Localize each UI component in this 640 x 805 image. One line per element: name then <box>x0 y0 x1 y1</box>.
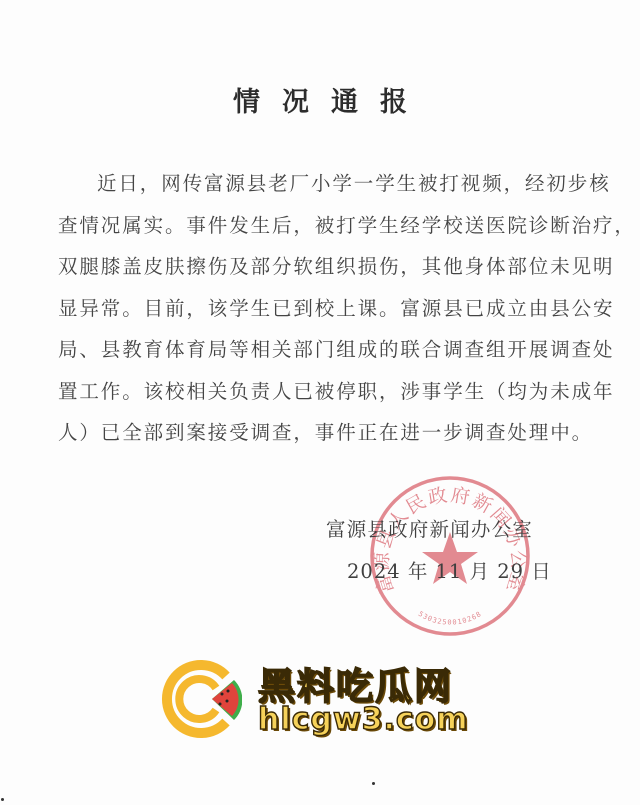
watermark-logo: 黑料吃瓜网 hlcgw3.com <box>160 656 480 746</box>
body-line: 显异常。目前，该学生已到校上课。富源县已成立由县公安 <box>58 288 588 330</box>
watermark-url: hlcgw3.com <box>258 702 469 737</box>
scan-speck <box>372 782 375 785</box>
document-body: 近日，网传富源县老厂小学一学生被打视频，经初步核 查情况属实。事件发生后，被打学… <box>58 163 588 454</box>
issuer-signature: 富源县政府新闻办公室 <box>326 514 533 542</box>
body-line: 双腿膝盖皮肤擦伤及部分软组织损伤，其他身体部位未见明 <box>58 246 588 288</box>
stamp-number: 5303250010268 <box>417 610 483 627</box>
document-title: 情况通报 <box>0 80 640 119</box>
body-line: 近日，网传富源县老厂小学一学生被打视频，经初步核 <box>58 163 588 205</box>
scan-speck <box>1 798 4 801</box>
body-line: 局、县教育体育局等相关部门组成的联合调查组开展调查处 <box>58 329 588 371</box>
document-page: 情况通报 近日，网传富源县老厂小学一学生被打视频，经初步核 查情况属实。事件发生… <box>0 0 640 805</box>
body-line: 查情况属实。事件发生后，被打学生经学校送医院诊断治疗， <box>58 205 588 247</box>
body-line: 置工作。该校相关负责人已被停职，涉事学生（均为未成年 <box>58 371 588 413</box>
issue-date: 2024 年 11 月 29 日 <box>347 556 552 584</box>
watermelon-c-logo-icon <box>160 658 242 740</box>
body-line: 人）已全部到案接受调查，事件正在进一步调查处理中。 <box>58 412 588 454</box>
